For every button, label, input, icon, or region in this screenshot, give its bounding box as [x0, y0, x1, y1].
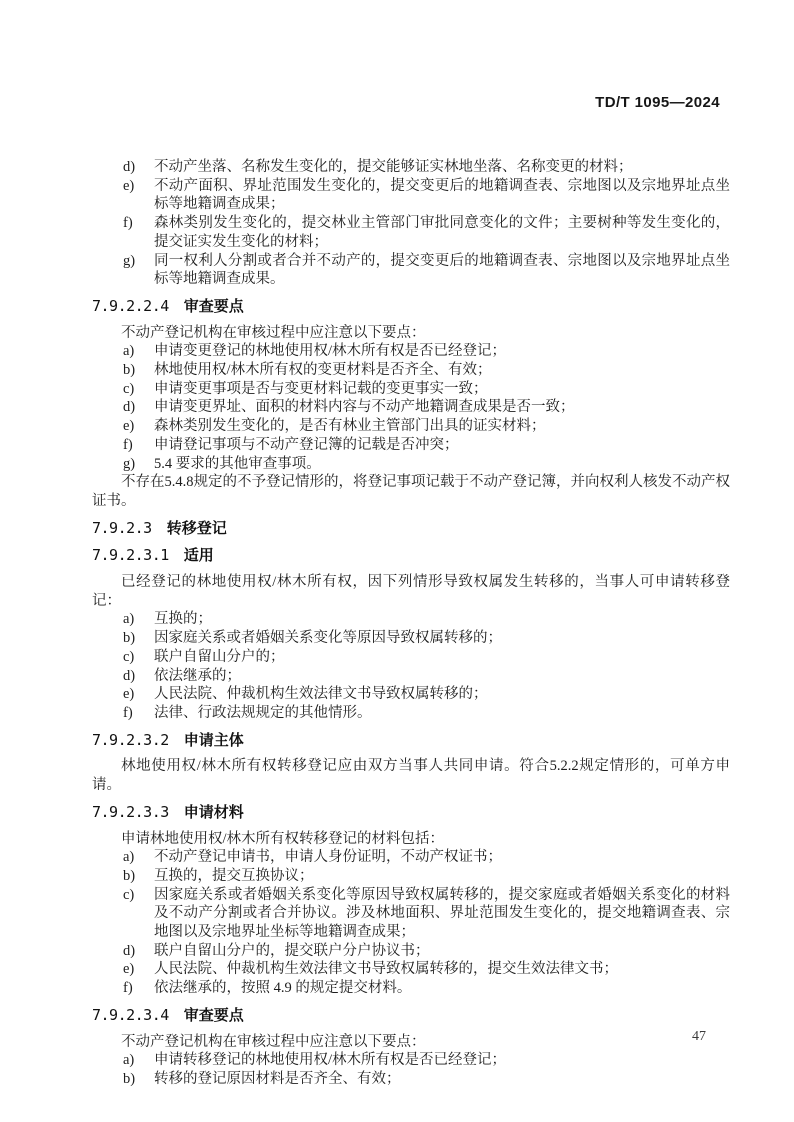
list-item-label: g): [123, 455, 135, 474]
list-item: g)同一权利人分割或者合并不动产的，提交变更后的地籍调查表、宗地图以及宗地界址点…: [92, 252, 730, 289]
list-item-text: 人民法院、仲裁机构生效法律文书导致权属转移的，提交生效法律文书；: [154, 961, 618, 977]
list-item-label: b): [123, 629, 135, 648]
list-item: b)转移的登记原因材料是否齐全、有效；: [92, 1070, 730, 1089]
document-page: TD/T 1095—2024 d)不动产坐落、名称发生变化的，提交能够证实林地坐…: [0, 0, 794, 1122]
list-item-text: 林地使用权/林木所有权的变更材料是否齐全、有效；: [154, 362, 492, 378]
list-item-text: 申请变更界址、面积的材料内容与不动产地籍调查成果是否一致；: [154, 399, 575, 415]
list-item: b)林地使用权/林木所有权的变更材料是否齐全、有效；: [92, 361, 730, 380]
list-item-label: d): [123, 942, 135, 961]
section-heading: 7.9.2.3.3申请材料: [92, 803, 730, 823]
list-item: f)依法继承的，按照 4.9 的规定提交材料。: [92, 979, 730, 998]
list-item-text: 不动产坐落、名称发生变化的，提交能够证实林地坐落、名称变更的材料；: [154, 159, 633, 175]
list-item-label: d): [123, 398, 135, 417]
list-item-label: f): [123, 979, 133, 998]
list-item: e)人民法院、仲裁机构生效法律文书导致权属转移的，提交生效法律文书；: [92, 960, 730, 979]
list-item: e)人民法院、仲裁机构生效法律文书导致权属转移的；: [92, 685, 730, 704]
paragraph: 不动产登记机构在审核过程中应注意以下要点：: [92, 1033, 730, 1052]
list-item-text: 申请转移登记的林地使用权/林木所有权是否已经登记；: [154, 1052, 506, 1068]
paragraph: 已经登记的林地使用权/林木所有权，因下列情形导致权属发生转移的，当事人可申请转移…: [92, 573, 730, 610]
list-item: a)申请转移登记的林地使用权/林木所有权是否已经登记；: [92, 1051, 730, 1070]
section-title: 审查要点: [184, 1007, 244, 1024]
list-item: a)申请变更登记的林地使用权/林木所有权是否已经登记；: [92, 342, 730, 361]
list-item-label: e): [123, 960, 134, 979]
page-content: d)不动产坐落、名称发生变化的，提交能够证实林地坐落、名称变更的材料；e)不动产…: [92, 158, 730, 1089]
list-item-label: d): [123, 667, 135, 686]
list-item-text: 5.4 要求的其他审查事项。: [154, 456, 321, 472]
list-item-text: 同一权利人分割或者合并不动产的，提交变更后的地籍调查表、宗地图以及宗地界址点坐标…: [154, 253, 730, 288]
list-item-text: 互换的；: [154, 611, 212, 627]
list-item: c)因家庭关系或者婚姻关系变化等原因导致权属转移的，提交家庭或者婚姻关系变化的材…: [92, 886, 730, 942]
paragraph: 不存在5.4.8规定的不予登记情形的，将登记事项记载于不动产登记簿，并向权利人核…: [92, 473, 730, 510]
list-item-text: 不动产登记申请书，申请人身份证明，不动产权证书；: [154, 849, 502, 865]
list-item-label: e): [123, 177, 134, 196]
list-item-text: 森林类别发生变化的，是否有林业主管部门出具的证实材料；: [154, 418, 546, 434]
list-item-text: 森林类别发生变化的，提交林业主管部门审批同意变化的文件；主要树种等发生变化的，提…: [154, 215, 730, 250]
section-number: 7.9.2.3: [92, 519, 152, 537]
list-item: d)申请变更界址、面积的材料内容与不动产地籍调查成果是否一致；: [92, 398, 730, 417]
list-item: b)互换的，提交互换协议；: [92, 867, 730, 886]
list-item: f)申请登记事项与不动产登记簿的记载是否冲突；: [92, 436, 730, 455]
list-item-text: 申请变更登记的林地使用权/林木所有权是否已经登记；: [154, 343, 506, 359]
list-item-text: 互换的，提交互换协议；: [154, 868, 314, 884]
list-item-text: 法律、行政法规规定的其他情形。: [154, 705, 372, 721]
list-item-label: b): [123, 361, 135, 380]
list-item-label: a): [123, 848, 134, 867]
list-item-label: f): [123, 214, 133, 233]
section-title: 申请材料: [184, 804, 244, 821]
list-item-label: g): [123, 252, 135, 271]
list-item-label: a): [123, 342, 134, 361]
section-number: 7.9.2.3.3: [92, 803, 169, 821]
list-item-text: 申请变更事项是否与变更材料记载的变更事实一致；: [154, 381, 488, 397]
section-title: 审查要点: [184, 298, 244, 315]
standard-code: TD/T 1095—2024: [595, 94, 720, 111]
list-item: c)联户自留山分户的；: [92, 648, 730, 667]
section-number: 7.9.2.3.1: [92, 546, 169, 564]
list-item: a)互换的；: [92, 610, 730, 629]
list-item-label: b): [123, 1070, 135, 1089]
section-heading: 7.9.2.3转移登记: [92, 519, 730, 539]
list-item: f)法律、行政法规规定的其他情形。: [92, 704, 730, 723]
list-item: d)不动产坐落、名称发生变化的，提交能够证实林地坐落、名称变更的材料；: [92, 158, 730, 177]
paragraph: 不动产登记机构在审核过程中应注意以下要点：: [92, 324, 730, 343]
list-item-label: c): [123, 648, 134, 667]
list-item: d)联户自留山分户的，提交联户分户协议书；: [92, 942, 730, 961]
list-item: e)森林类别发生变化的，是否有林业主管部门出具的证实材料；: [92, 417, 730, 436]
list-item-label: f): [123, 436, 133, 455]
list-item-label: a): [123, 610, 134, 629]
list-item-label: c): [123, 380, 134, 399]
section-title: 转移登记: [167, 520, 227, 537]
list-item-text: 人民法院、仲裁机构生效法律文书导致权属转移的；: [154, 686, 488, 702]
section-heading: 7.9.2.2.4审查要点: [92, 297, 730, 317]
page-number: 47: [692, 1029, 706, 1045]
list-item-label: a): [123, 1051, 134, 1070]
list-item: g)5.4 要求的其他审查事项。: [92, 455, 730, 474]
list-item-label: d): [123, 158, 135, 177]
section-title: 申请主体: [184, 732, 244, 749]
list-item-text: 联户自留山分户的；: [154, 649, 285, 665]
list-item-text: 依法继承的，按照 4.9 的规定提交材料。: [154, 980, 411, 996]
list-item-text: 联户自留山分户的，提交联户分户协议书；: [154, 943, 430, 959]
section-number: 7.9.2.3.4: [92, 1006, 169, 1024]
list-item-text: 不动产面积、界址范围发生变化的，提交变更后的地籍调查表、宗地图以及宗地界址点坐标…: [154, 178, 730, 213]
section-number: 7.9.2.3.2: [92, 731, 169, 749]
section-heading: 7.9.2.3.1适用: [92, 546, 730, 566]
list-item-text: 转移的登记原因材料是否齐全、有效；: [154, 1071, 401, 1087]
list-item-label: e): [123, 417, 134, 436]
list-item-label: f): [123, 704, 133, 723]
list-item-text: 因家庭关系或者婚姻关系变化等原因导致权属转移的；: [154, 630, 502, 646]
section-number: 7.9.2.2.4: [92, 297, 169, 315]
list-item: f)森林类别发生变化的，提交林业主管部门审批同意变化的文件；主要树种等发生变化的…: [92, 214, 730, 251]
paragraph: 林地使用权/林木所有权转移登记应由双方当事人共同申请。符合5.2.2规定情形的，…: [92, 757, 730, 794]
list-item-label: b): [123, 867, 135, 886]
paragraph: 申请林地使用权/林木所有权转移登记的材料包括：: [92, 830, 730, 849]
list-item-text: 依法继承的；: [154, 668, 241, 684]
list-item: c)申请变更事项是否与变更材料记载的变更事实一致；: [92, 380, 730, 399]
section-heading: 7.9.2.3.2申请主体: [92, 731, 730, 751]
list-item: a)不动产登记申请书，申请人身份证明，不动产权证书；: [92, 848, 730, 867]
list-item-text: 因家庭关系或者婚姻关系变化等原因导致权属转移的，提交家庭或者婚姻关系变化的材料及…: [154, 887, 730, 940]
section-title: 适用: [184, 547, 214, 564]
list-item-label: e): [123, 685, 134, 704]
section-heading: 7.9.2.3.4审查要点: [92, 1006, 730, 1026]
list-item-label: c): [123, 886, 134, 905]
list-item: e)不动产面积、界址范围发生变化的，提交变更后的地籍调查表、宗地图以及宗地界址点…: [92, 177, 730, 214]
list-item: b)因家庭关系或者婚姻关系变化等原因导致权属转移的；: [92, 629, 730, 648]
list-item: d)依法继承的；: [92, 667, 730, 686]
list-item-text: 申请登记事项与不动产登记簿的记载是否冲突；: [154, 437, 459, 453]
